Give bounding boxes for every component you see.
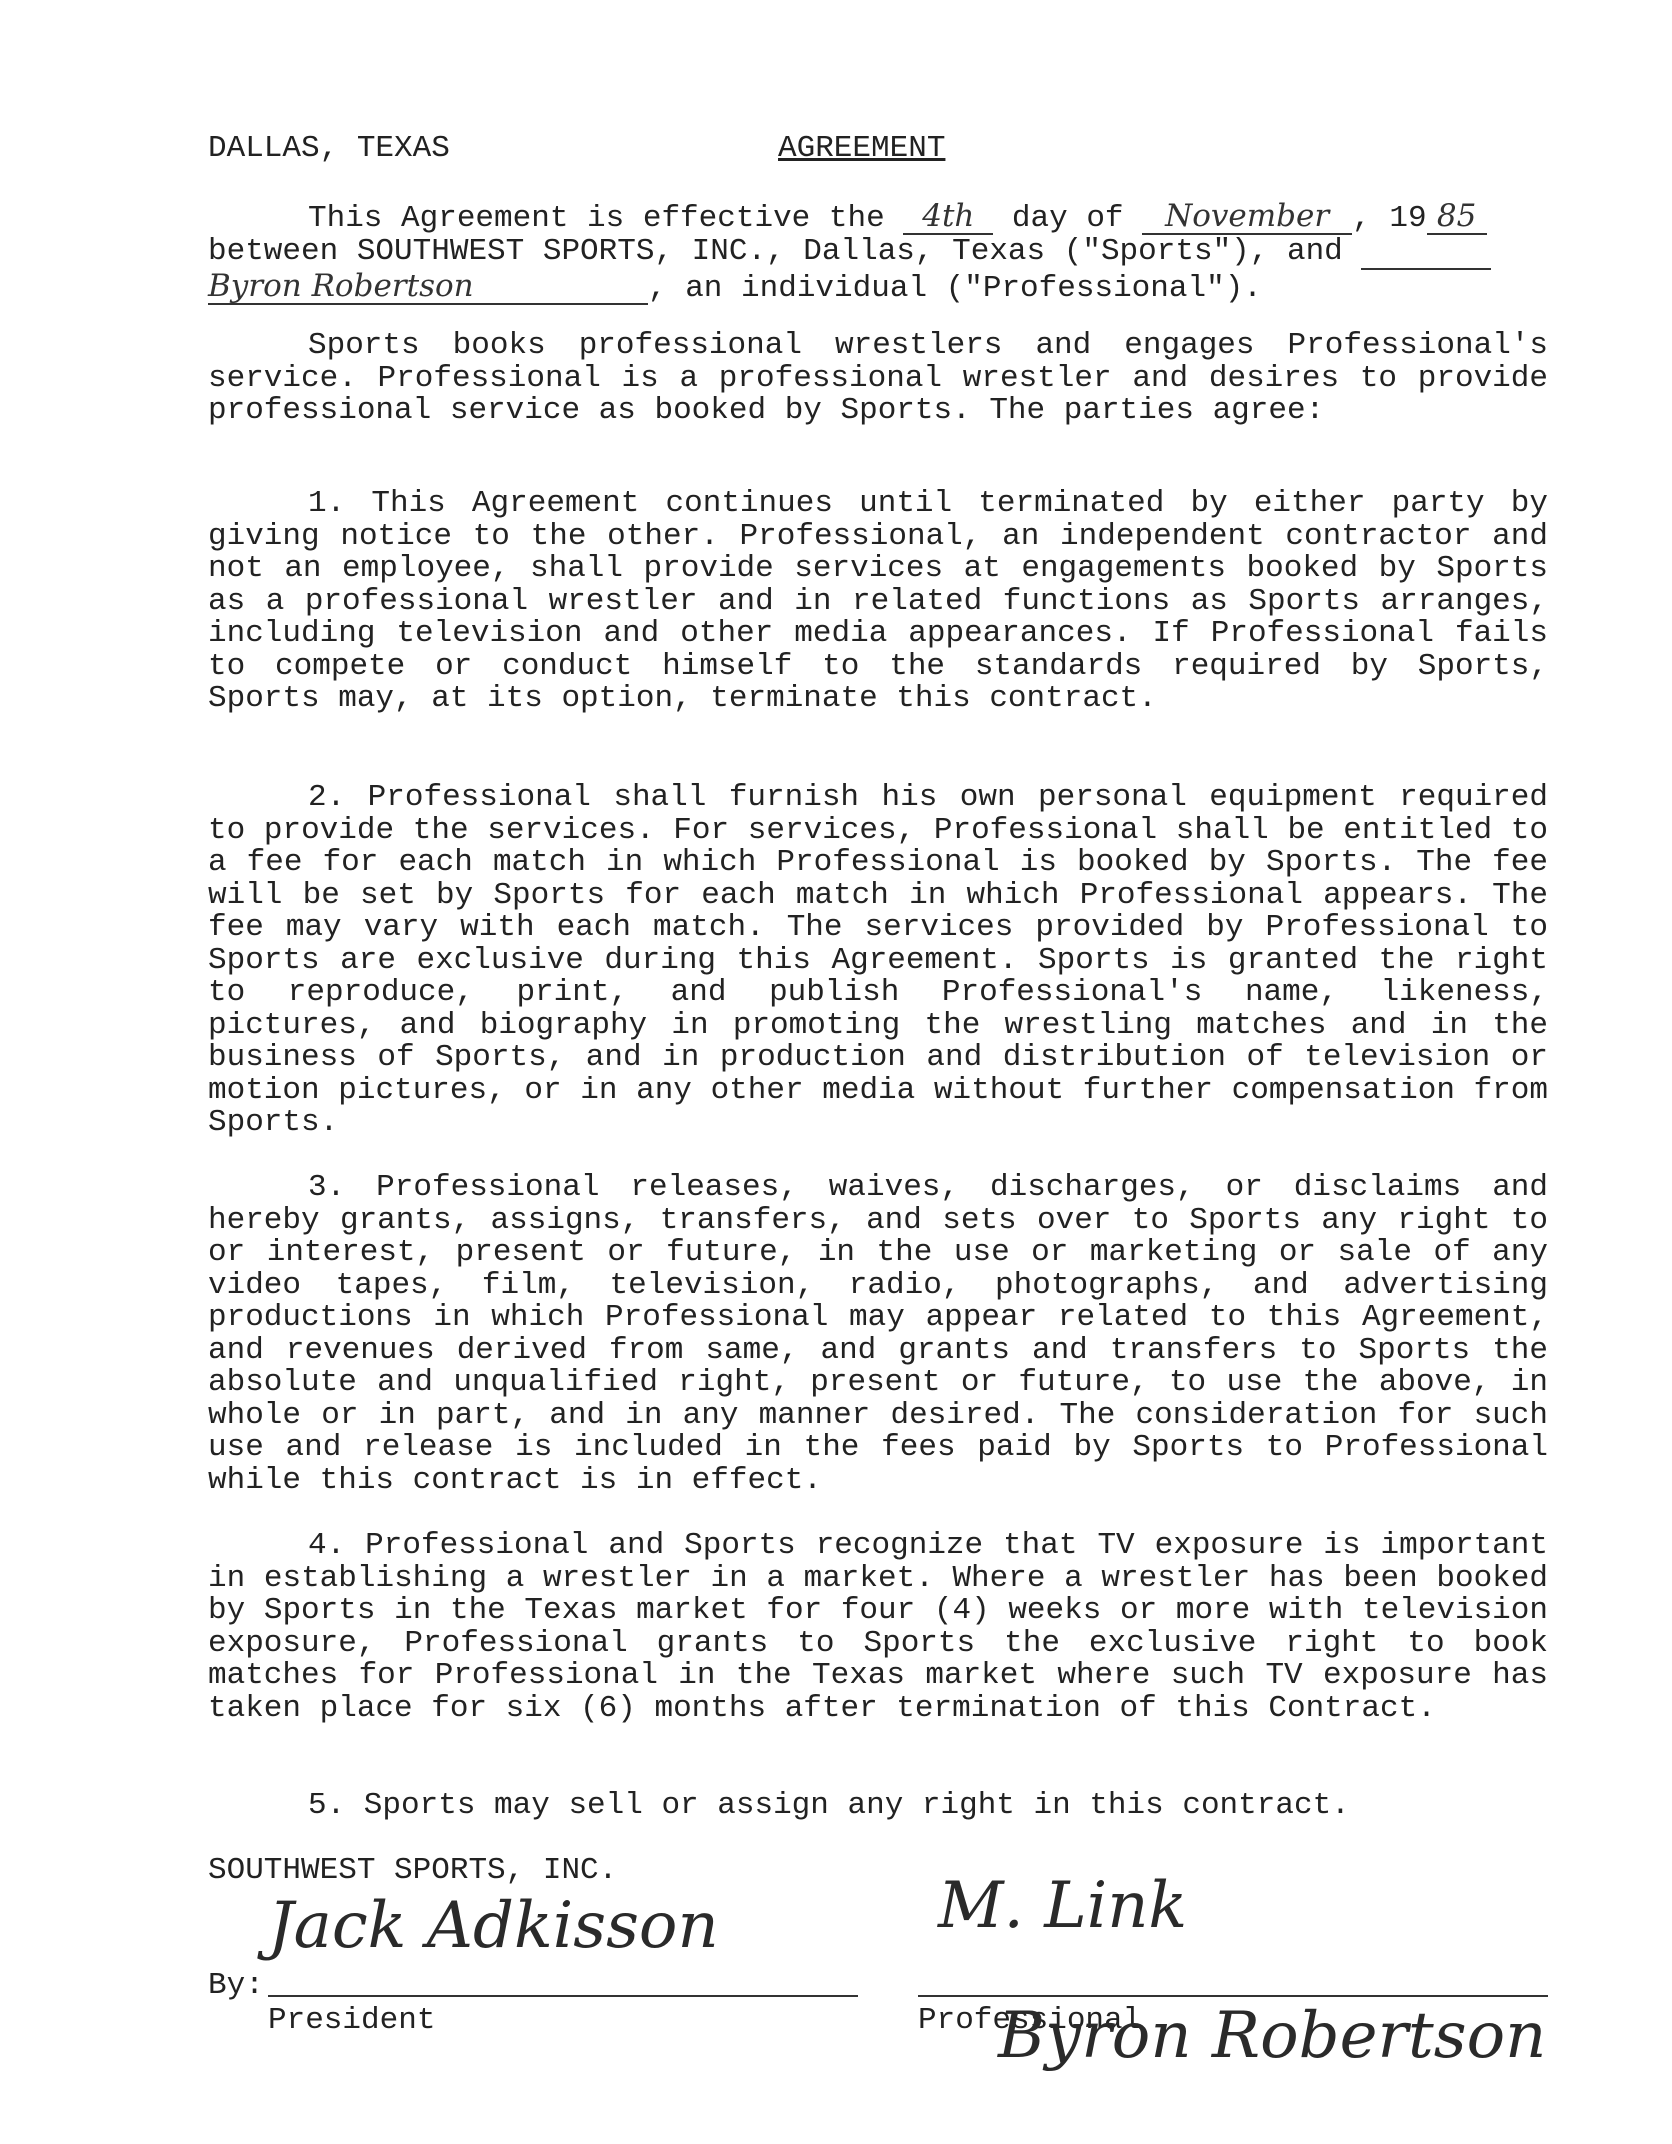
clause-text: 3. Professional releases, waives, discha… [208, 1172, 1548, 1497]
professional-name-field: Byron Robertson [208, 270, 648, 305]
intro-text-1: This Agreement is effective the [308, 201, 885, 236]
president-signature: Jack Adkisson [268, 1910, 719, 1943]
clause-5: 5. Sports may sell or assign any right i… [208, 1790, 1548, 1823]
clause-text: 5. Sports may sell or assign any right i… [208, 1790, 1548, 1823]
intro-text-5: , an individual ("Professional"). [648, 271, 1262, 306]
preamble-text: Sports books professional wrestlers and … [208, 330, 1548, 428]
month-field: November [1142, 200, 1352, 235]
professional-signature: Byron Robertson [998, 2020, 1546, 2053]
intro-paragraph: This Agreement is effective the 4th day … [208, 200, 1548, 306]
by-label: By: [208, 1970, 264, 2003]
clause-1: 1. This Agreement continues until termin… [208, 488, 1548, 716]
intro-text-3: , 19 [1352, 201, 1426, 236]
clause-text: 1. This Agreement continues until termin… [208, 488, 1548, 716]
clause-3: 3. Professional releases, waives, discha… [208, 1172, 1548, 1497]
intro-text-4: between SOUTHWEST SPORTS, INC., Dallas, … [208, 234, 1343, 269]
document-page: DALLAS, TEXAS AGREEMENT This Agreement i… [0, 0, 1672, 2144]
company-name: SOUTHWEST SPORTS, INC. [208, 1855, 617, 1888]
preamble-paragraph: Sports books professional wrestlers and … [208, 330, 1548, 428]
document-city: DALLAS, TEXAS [208, 133, 450, 166]
president-signature-line [268, 1995, 858, 1997]
clause-text: 4. Professional and Sports recognize tha… [208, 1530, 1548, 1725]
clause-4: 4. Professional and Sports recognize tha… [208, 1530, 1548, 1725]
professional-signature-witness: M. Link [938, 1890, 1187, 1923]
signature-block: SOUTHWEST SPORTS, INC. By: Jack Adkisson… [208, 1855, 1548, 2135]
document-title: AGREEMENT [778, 133, 945, 166]
clause-2: 2. Professional shall furnish his own pe… [208, 782, 1548, 1140]
year-field: 85 [1427, 200, 1487, 235]
name-blank [1361, 236, 1491, 271]
president-label: President [268, 2005, 435, 2038]
day-field: 4th [903, 200, 993, 235]
professional-signature-line [918, 1995, 1548, 1997]
clause-text: 2. Professional shall furnish his own pe… [208, 782, 1548, 1140]
intro-text-2: day of [1012, 201, 1124, 236]
